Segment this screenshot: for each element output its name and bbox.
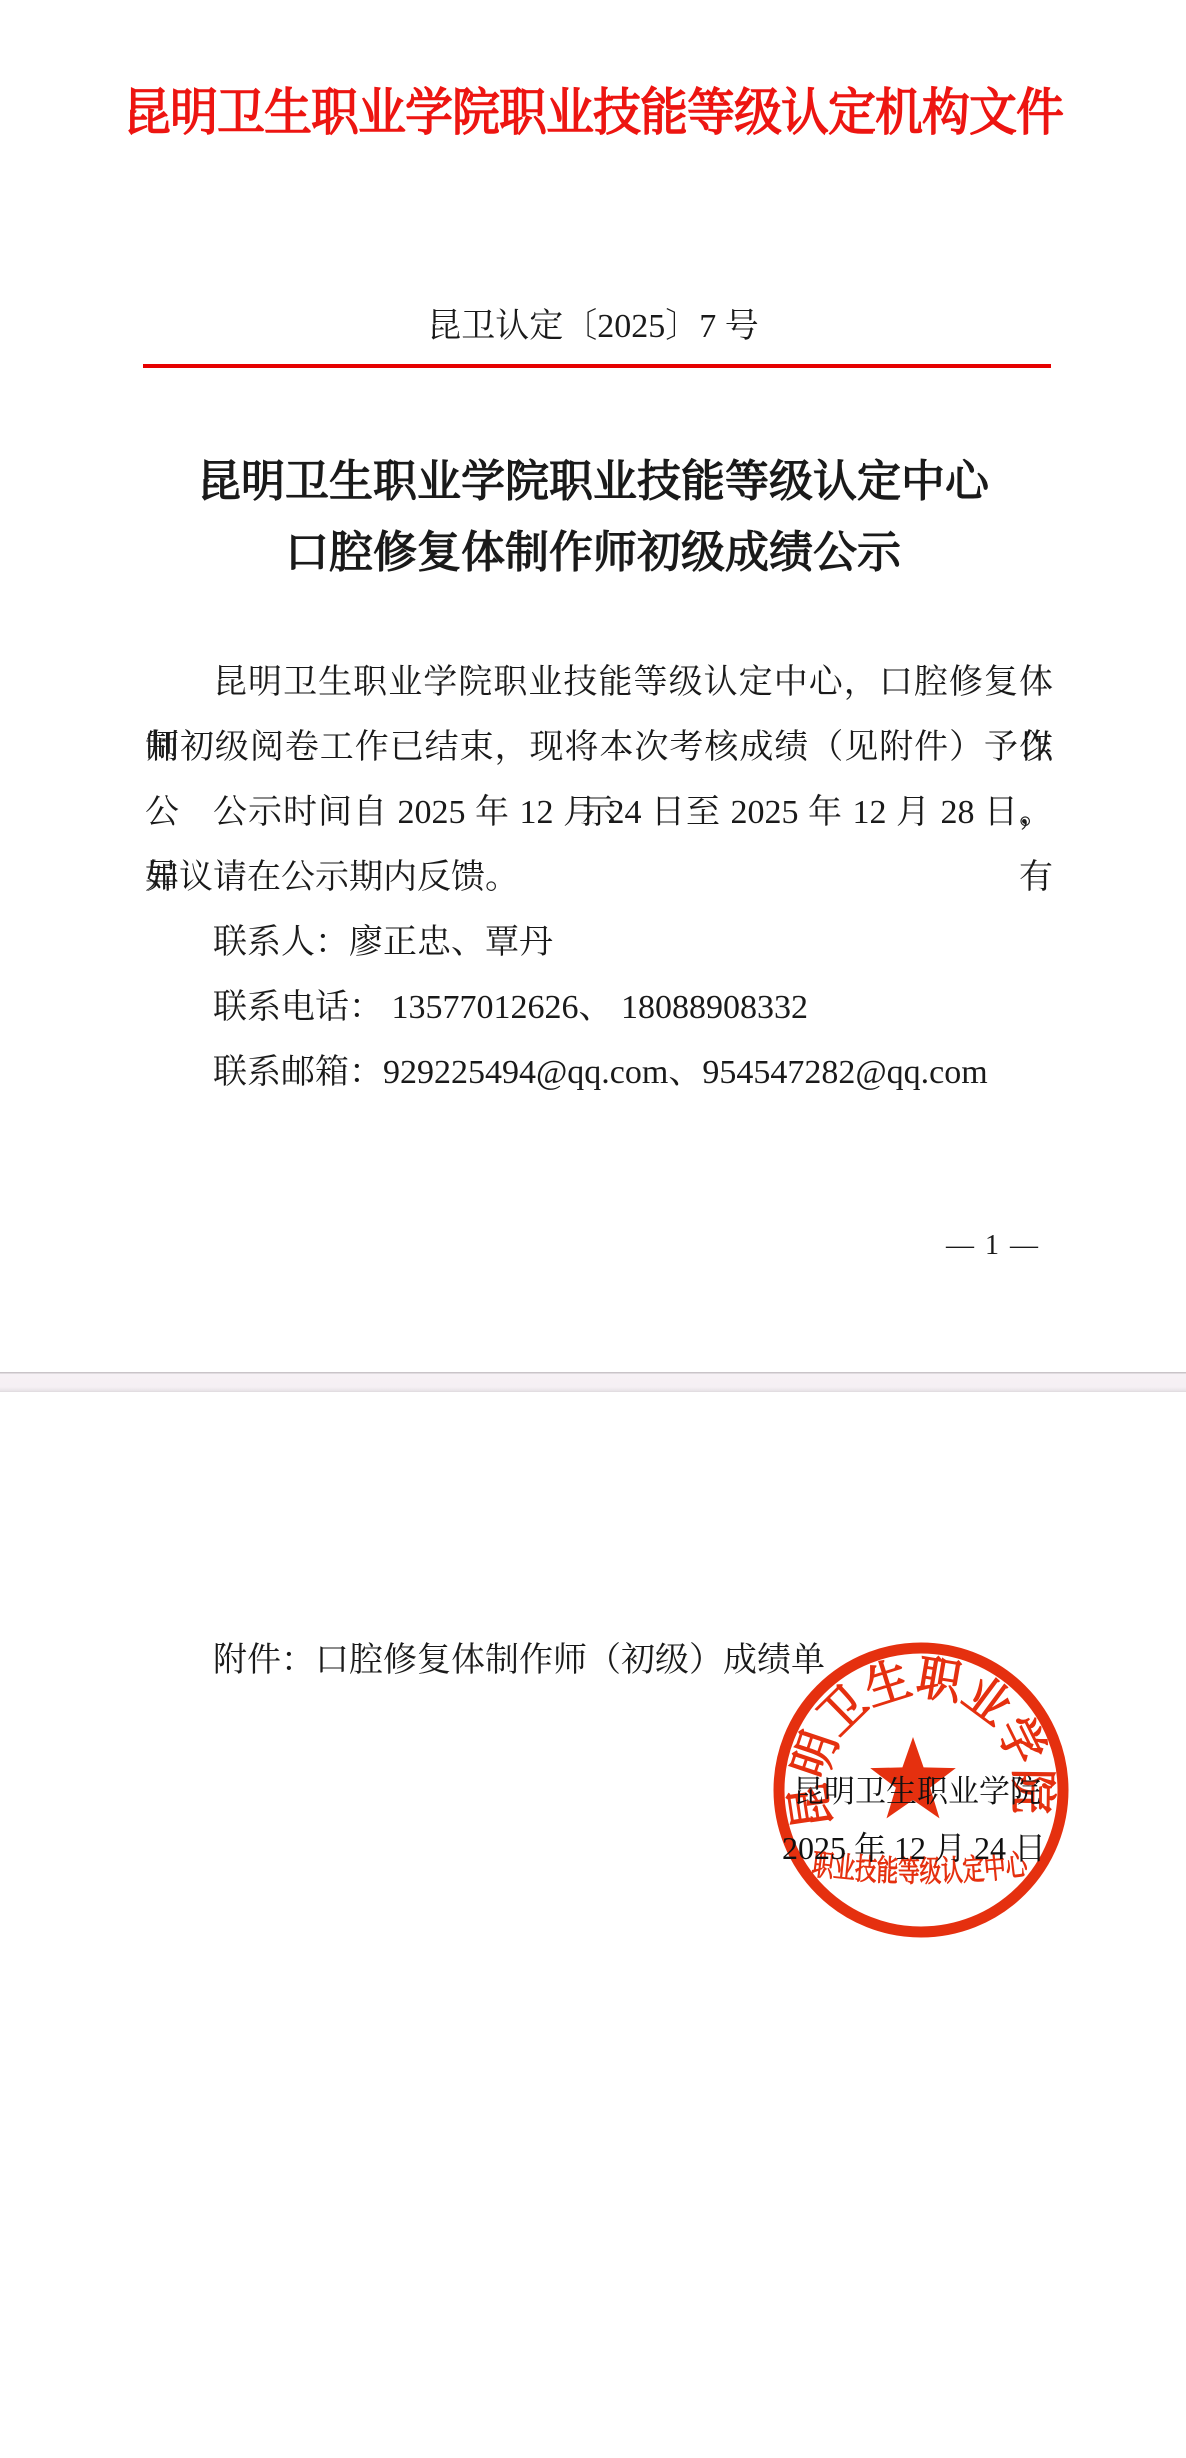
contact-person-line: 联系人：廖正忠、覃丹: [145, 910, 1053, 975]
red-divider-line: [143, 364, 1051, 368]
body-text: 昆明卫生职业学院职业技能等级认定中心，口腔修复体制作 师初级阅卷工作已结束，现将…: [145, 650, 1053, 1105]
signature-organization: 昆明卫生职业学院: [793, 1766, 1041, 1811]
doc-title-line-1: 昆明卫生职业学院职业技能等级认定中心: [0, 446, 1186, 517]
body-line: 昆明卫生职业学院职业技能等级认定中心，口腔修复体制作: [145, 650, 1053, 715]
page-break-separator: [0, 1372, 1186, 1392]
doc-number: 昆卫认定〔2025〕7 号: [0, 298, 1186, 347]
attachment-line: 附件：口腔修复体制作师（初级）成绩单: [213, 1632, 825, 1681]
doc-title-line-2: 口腔修复体制作师初级成绩公示: [0, 517, 1186, 588]
body-line: 师初级阅卷工作已结束，现将本次考核成绩（见附件）予以公示。: [145, 715, 1053, 780]
document-header-title: 昆明卫生职业学院职业技能等级认定机构文件: [0, 72, 1186, 145]
document-page: 昆明卫生职业学院职业技能等级认定机构文件 昆卫认定〔2025〕7 号 昆明卫生职…: [0, 0, 1186, 2458]
contact-phone-line: 联系电话： 13577012626、 18088908332: [145, 975, 1053, 1040]
contact-email-line: 联系邮箱：929225494@qq.com、954547282@qq.com: [145, 1040, 1053, 1105]
doc-title: 昆明卫生职业学院职业技能等级认定中心 口腔修复体制作师初级成绩公示: [0, 446, 1186, 588]
page-number: — 1 —: [946, 1230, 1040, 1262]
signature-date: 2025 年 12 月 24 日: [782, 1823, 1046, 1869]
body-line: 公示时间自 2025 年 12 月 24 日至 2025 年 12 月 28 日…: [145, 780, 1053, 845]
